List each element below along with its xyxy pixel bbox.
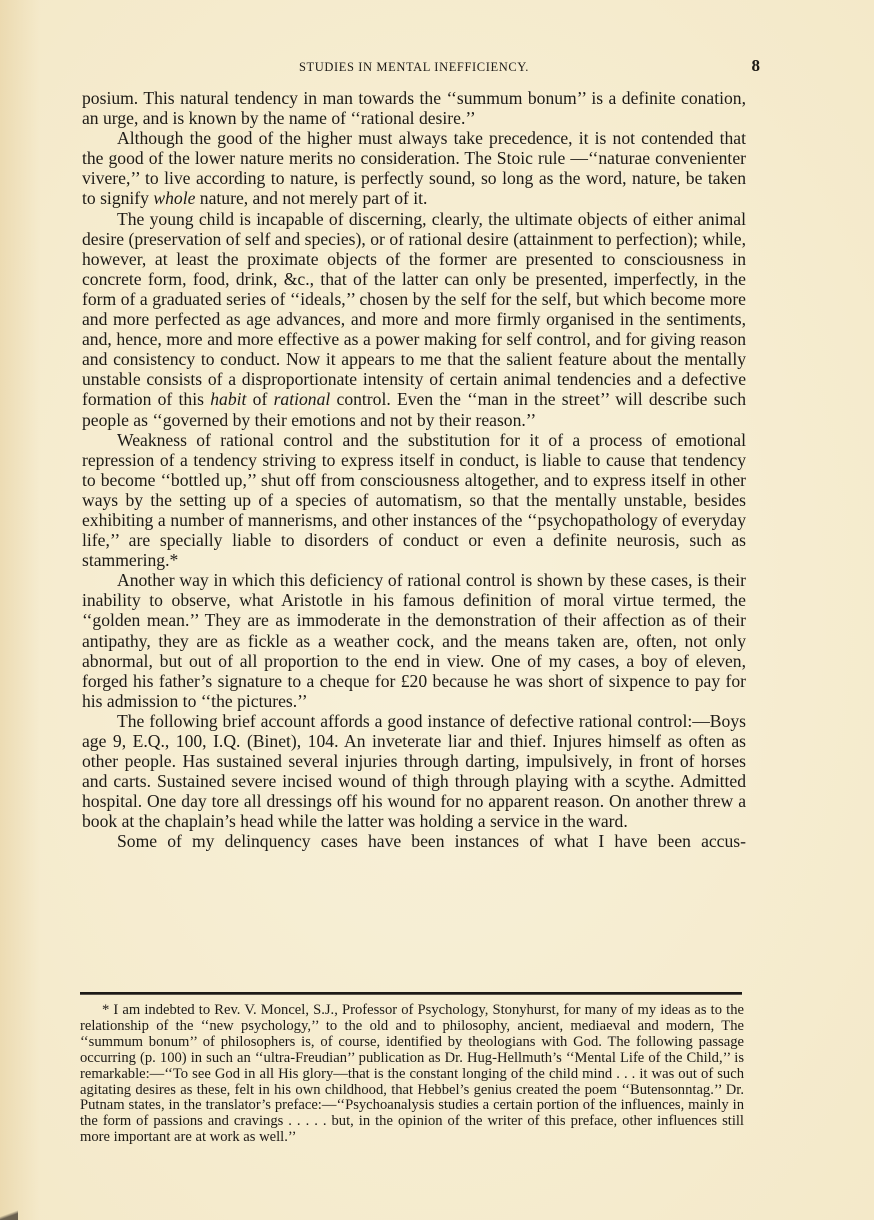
footnote: * I am indebted to Rev. V. Moncel, S.J.,… bbox=[80, 1003, 744, 1146]
book-page: STUDIES IN MENTAL INEFFICIENCY. 8 posium… bbox=[0, 0, 874, 1220]
footnote-divider bbox=[80, 992, 742, 995]
page-number: 8 bbox=[752, 56, 761, 76]
italic-emphasis: habit bbox=[210, 389, 246, 409]
page-corner-shadow bbox=[0, 1210, 18, 1220]
paragraph-7: Some of my delinquency cases have been i… bbox=[82, 831, 746, 851]
running-title: STUDIES IN MENTAL INEFFICIENCY. bbox=[82, 60, 746, 75]
paragraph-2: Although the good of the higher must alw… bbox=[82, 128, 746, 208]
body-text: posium. This natural tendency in man tow… bbox=[82, 88, 746, 852]
paragraph-1: posium. This natural tendency in man tow… bbox=[82, 88, 746, 128]
running-head: STUDIES IN MENTAL INEFFICIENCY. 8 bbox=[82, 58, 746, 78]
paragraph-5: Another way in which this deficiency of … bbox=[82, 570, 746, 711]
italic-emphasis: whole bbox=[153, 188, 195, 208]
paragraph-4: Weakness of rational control and the sub… bbox=[82, 430, 746, 571]
paragraph-3: The young child is incapable of discerni… bbox=[82, 209, 746, 430]
footnote-text: * I am indebted to Rev. V. Moncel, S.J.,… bbox=[80, 1003, 744, 1146]
italic-emphasis: rational bbox=[274, 389, 331, 409]
paragraph-6: The following brief account affords a go… bbox=[82, 711, 746, 832]
